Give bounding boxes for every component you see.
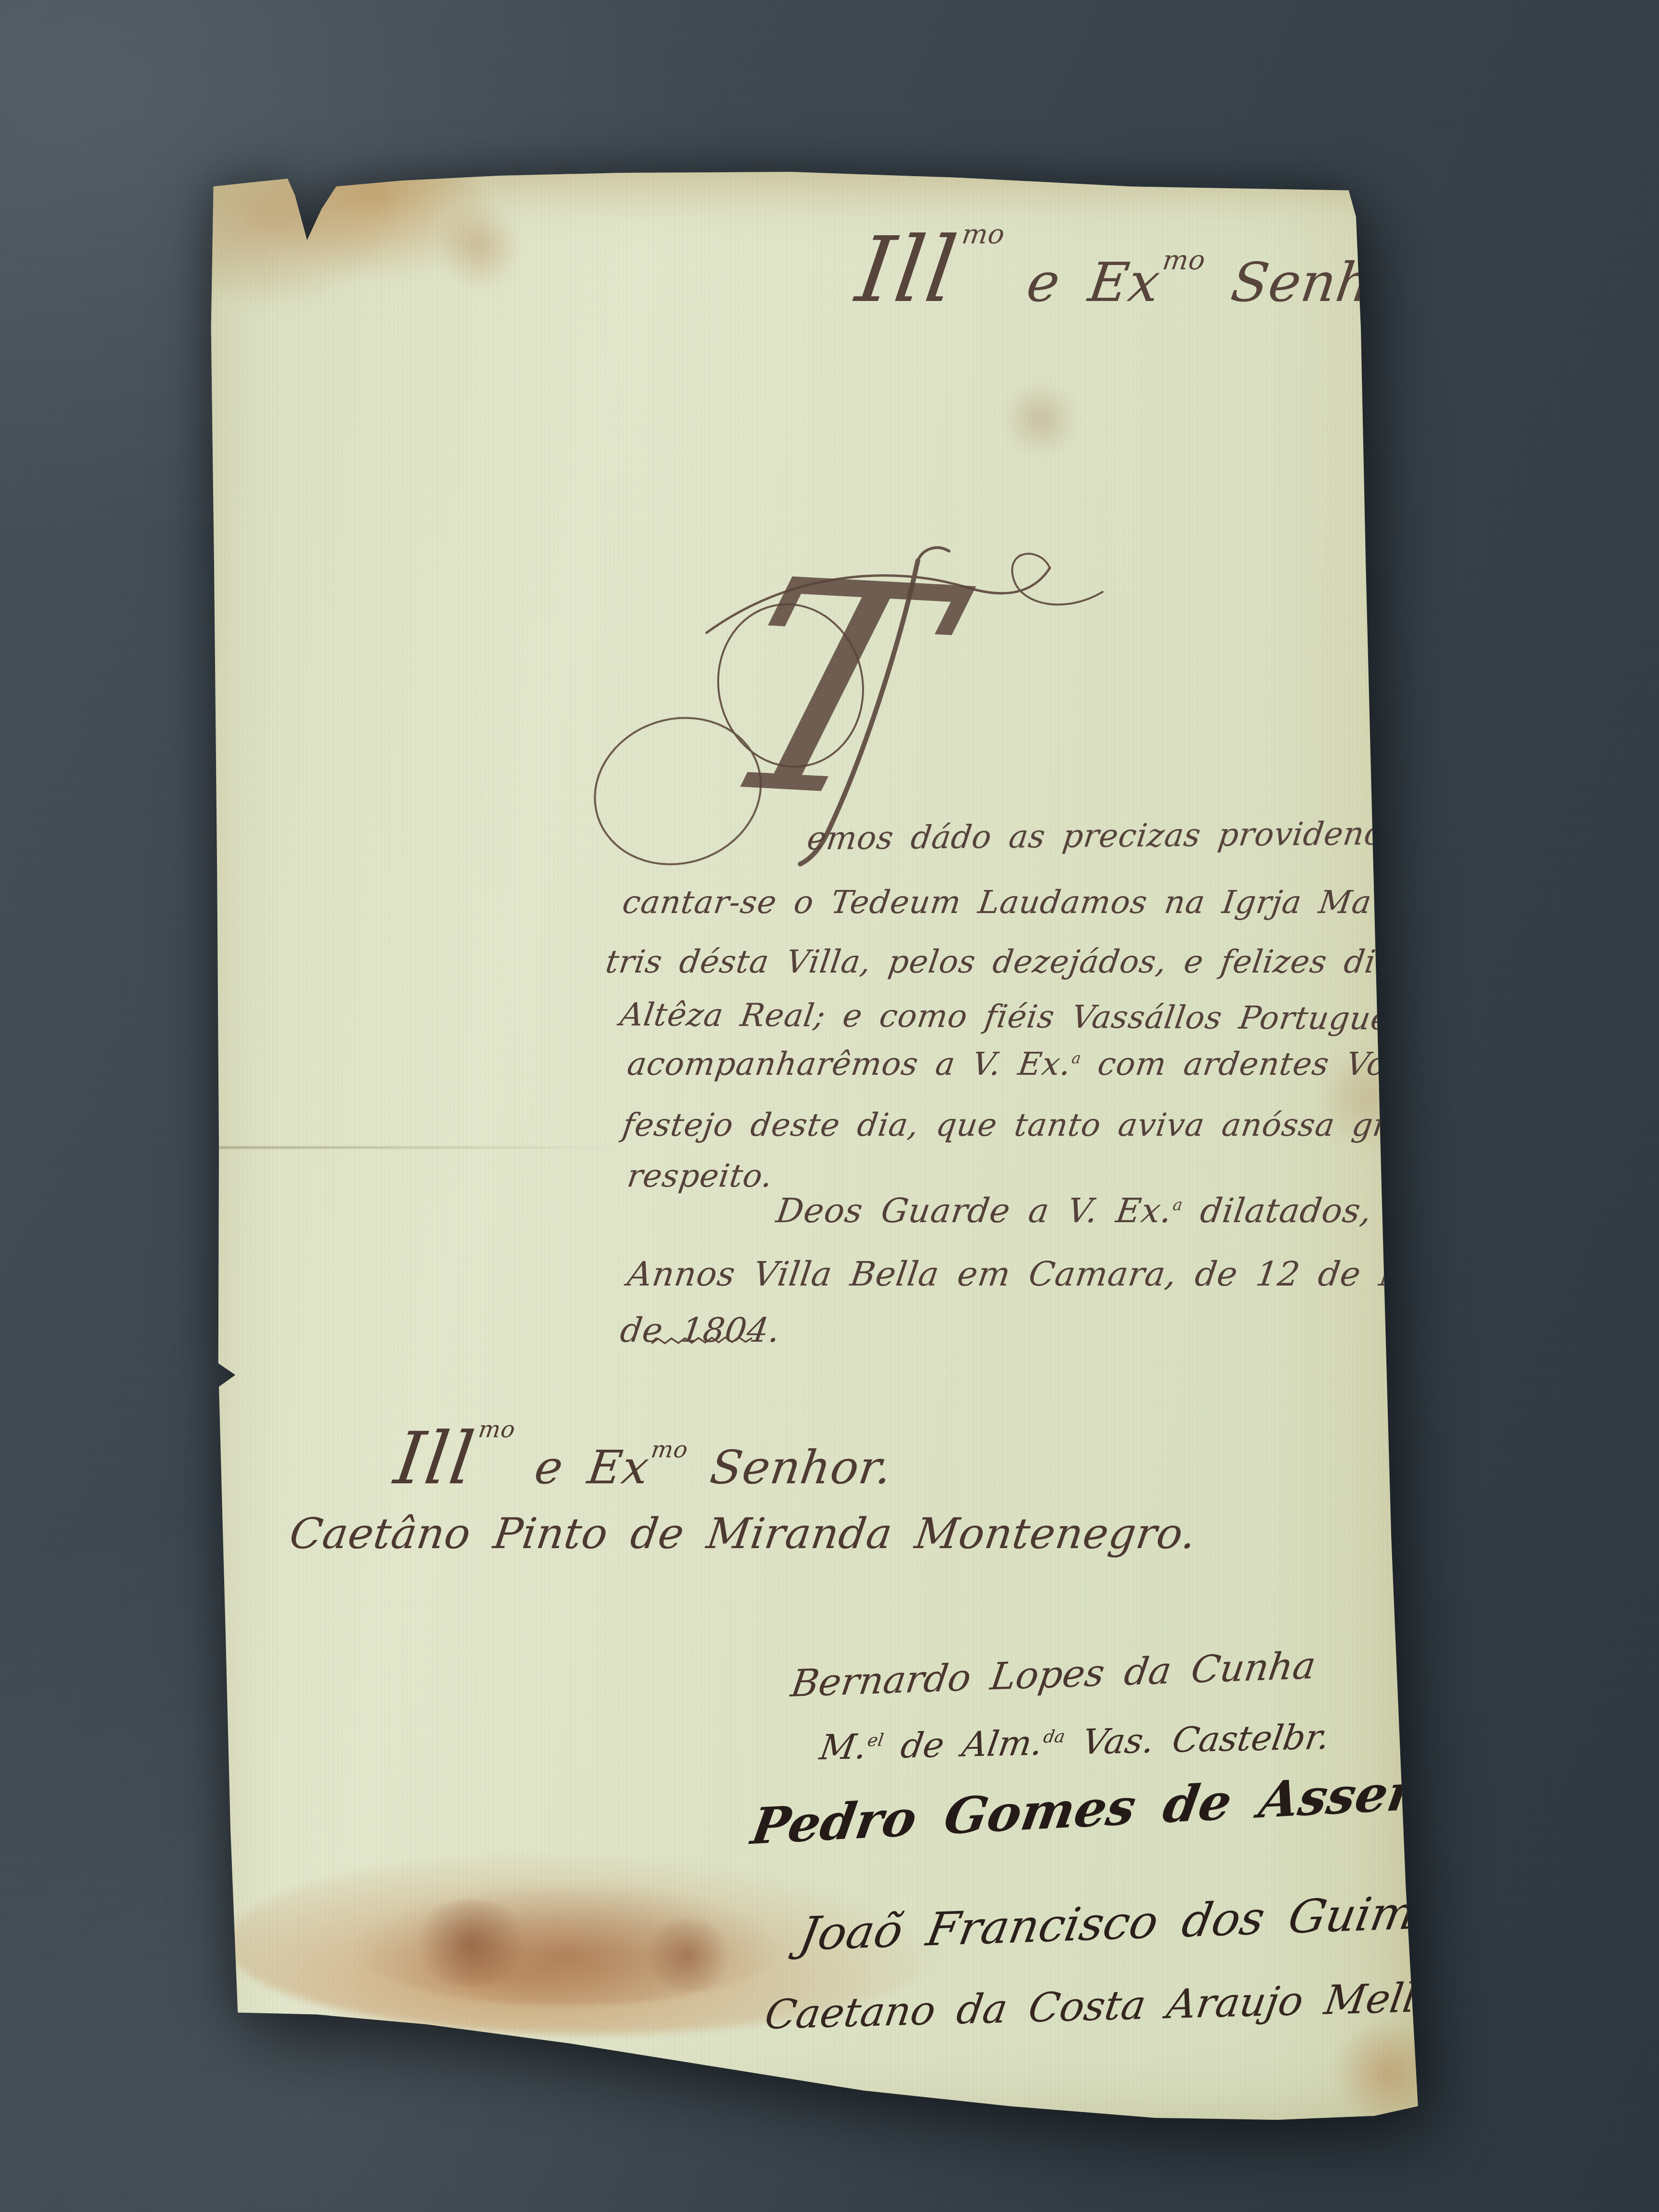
text-run: M. bbox=[817, 1726, 870, 1767]
stain bbox=[179, 153, 399, 311]
superscript: mo bbox=[1161, 245, 1208, 276]
superscript bbox=[1440, 1978, 1443, 2002]
text-run: dilatados, e felizes bbox=[1179, 1191, 1544, 1230]
recipient-name: Caetâno Pinto de Miranda Montenegro. bbox=[287, 1509, 1200, 1558]
text-run: festejo deste dia, que tanto aviva anóss… bbox=[620, 1106, 1541, 1143]
body-line: tris désta Villa, pelos dezejádos, e fel… bbox=[603, 943, 1552, 980]
text-run bbox=[1467, 1000, 1473, 1037]
text-run: Joaõ Francisco dos Guimaraens bbox=[795, 1880, 1578, 1961]
superscript: mo bbox=[960, 219, 1007, 250]
body-line: cantar-se o Tedeum Laudamos na Igrja Ma= bbox=[620, 884, 1401, 921]
text-run: Altêza Real; e como fiéis Vassállos Port… bbox=[618, 996, 1473, 1037]
closing-line: Deos Guarde a V. Ex.a dilatados, e feliz… bbox=[774, 1191, 1544, 1230]
text-run: tris désta Villa, pelos dezejádos, e fel… bbox=[603, 943, 1552, 980]
closing-line: Annos Villa Bella em Camara, de 12 de Ma… bbox=[625, 1254, 1478, 1294]
superscript bbox=[1532, 818, 1535, 835]
superscript bbox=[1539, 1111, 1541, 1128]
salutation-top: Illmo e Exmo Senhor bbox=[851, 217, 1440, 323]
text-run: Annos Villa Bella em Camara, de 12 de Ma… bbox=[625, 1254, 1478, 1294]
superscript bbox=[1539, 1111, 1541, 1128]
stain bbox=[1326, 2025, 1451, 2121]
manuscript-paper: Illmo e Exmo Senhor T emos dádo as preci… bbox=[207, 172, 1423, 2122]
stain bbox=[639, 1919, 735, 1991]
superscript: mo bbox=[649, 1436, 690, 1463]
text-run: emos dádo as precizas providencias, para bbox=[805, 814, 1535, 857]
text-run bbox=[1472, 1254, 1478, 1294]
text-run bbox=[1569, 1880, 1578, 1934]
text-run bbox=[1536, 1106, 1541, 1143]
paper-sheet: Illmo e Exmo Senhor T emos dádo as preci… bbox=[207, 172, 1423, 2122]
text-run: Pedro Gomes de Assempçaõ bbox=[747, 1754, 1578, 1856]
text-run: respeito. bbox=[625, 1157, 775, 1194]
superscript bbox=[1532, 818, 1535, 835]
superscript bbox=[1573, 1761, 1577, 1790]
text-run: Caetâno Pinto de Miranda Montenegro. bbox=[287, 1509, 1200, 1558]
text-run: com ardentes Votos no bbox=[1078, 1046, 1497, 1082]
signature: Joaõ Francisco dos Guimaraens bbox=[795, 1880, 1578, 1961]
text-run bbox=[1467, 1000, 1473, 1037]
superscript bbox=[1470, 1005, 1472, 1022]
text-run: de Alm. bbox=[879, 1722, 1046, 1766]
superscript bbox=[1493, 1050, 1496, 1067]
text-run bbox=[1530, 814, 1535, 851]
stain bbox=[409, 1900, 534, 1986]
text-run bbox=[1437, 1973, 1444, 2020]
superscript bbox=[1573, 1886, 1577, 1913]
text-run bbox=[1569, 1754, 1578, 1813]
fold-crease bbox=[207, 1146, 620, 1149]
text-run: Ill bbox=[851, 217, 964, 323]
text-run: Bernardo Lopes da Cunha bbox=[788, 1644, 1318, 1706]
text-run: Vas. Castelbr. bbox=[1061, 1717, 1333, 1763]
superscript bbox=[1549, 948, 1551, 965]
text-run bbox=[1396, 884, 1401, 921]
text-run bbox=[1472, 1254, 1478, 1294]
photo-background: Illmo e Exmo Senhor T emos dádo as preci… bbox=[0, 0, 1659, 2212]
superscript bbox=[1475, 1259, 1477, 1277]
text-run: Deos Guarde a V. Ex. bbox=[774, 1191, 1175, 1230]
text-run: Ill bbox=[390, 1417, 481, 1501]
text-run: Senhor bbox=[1198, 252, 1435, 314]
body-line: festejo deste dia, que tanto aviva anóss… bbox=[620, 1106, 1541, 1143]
superscript bbox=[1475, 1259, 1477, 1277]
superscript bbox=[1470, 1005, 1472, 1022]
text-run bbox=[1491, 1046, 1497, 1082]
signature: M.el de Alm.da Vas. Castelbr. bbox=[817, 1717, 1333, 1767]
superscript bbox=[1398, 888, 1400, 905]
text-run bbox=[1569, 1754, 1578, 1813]
text-run bbox=[1437, 1973, 1444, 2020]
signature: Pedro Gomes de Assempçaõ bbox=[747, 1754, 1578, 1856]
body-line: emos dádo as precizas providencias, para bbox=[805, 814, 1535, 857]
text-run bbox=[1539, 1191, 1544, 1230]
superscript bbox=[1549, 948, 1551, 965]
text-run bbox=[1396, 884, 1401, 921]
stain bbox=[260, 157, 500, 282]
text-run bbox=[1530, 814, 1535, 851]
text-run bbox=[1547, 943, 1552, 980]
body-line: Altêza Real; e como fiéis Vassállos Port… bbox=[618, 996, 1473, 1037]
text-run: cantar-se o Tedeum Laudamos na Igrja Ma= bbox=[620, 884, 1401, 921]
superscript bbox=[1440, 1978, 1443, 2002]
underline-squiggle bbox=[651, 1335, 752, 1346]
text-run: e Ex bbox=[506, 1441, 652, 1494]
text-run bbox=[1547, 943, 1552, 980]
body-line: respeito. bbox=[625, 1157, 775, 1194]
text-run: Caetano da Costa Araujo Mello bbox=[762, 1973, 1444, 2038]
text-run bbox=[1569, 1880, 1578, 1934]
paper-edge-discoloration bbox=[1265, 172, 1423, 2122]
superscript bbox=[1573, 1886, 1577, 1913]
text-run bbox=[1536, 1106, 1541, 1143]
stain bbox=[438, 201, 519, 292]
superscript bbox=[1573, 1761, 1577, 1790]
body-line: acompanharêmos a V. Ex.a com ardentes Vo… bbox=[625, 1046, 1497, 1082]
stain bbox=[351, 1881, 783, 2006]
text-run: acompanharêmos a V. Ex. bbox=[625, 1046, 1074, 1082]
salutation-address: Illmo e Exmo Senhor. bbox=[390, 1416, 899, 1501]
stain bbox=[1004, 378, 1076, 460]
text-run: Senhor. bbox=[682, 1441, 895, 1494]
signature: Bernardo Lopes da Cunha bbox=[788, 1644, 1318, 1706]
text-run: e Ex bbox=[994, 252, 1164, 314]
superscript bbox=[1398, 888, 1400, 905]
signature: Caetano da Costa Araujo Mello bbox=[762, 1973, 1444, 2038]
superscript bbox=[1541, 1195, 1543, 1214]
superscript: da bbox=[1042, 1727, 1067, 1747]
superscript: mo bbox=[477, 1416, 517, 1443]
paper-edge-discoloration bbox=[207, 172, 1423, 220]
